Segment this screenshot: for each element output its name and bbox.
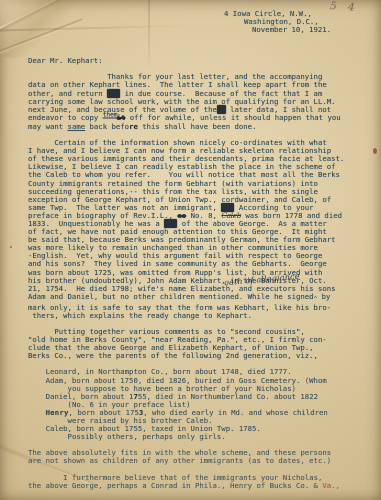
paragraph: Leonard, in Northampton Co., born about …: [28, 368, 367, 441]
text-run: Certain of the information shown nicely …: [28, 138, 344, 212]
text-run-u: same: [68, 122, 86, 131]
text-run: of the above George. As a matter of fact…: [28, 219, 336, 301]
paragraph: The above absolutely fits in with the wh…: [28, 449, 367, 465]
text-run: this shall have been done.: [138, 122, 257, 131]
paper-stain: [10, 246, 12, 248]
paper-stain: [373, 148, 377, 154]
text-run-over: re: [129, 122, 138, 131]
text-run: I furthermore believe that of the immigr…: [28, 473, 322, 490]
letter-content: 4 Iowa Circle, N.W., Washington, D.C., N…: [28, 10, 367, 498]
paragraph: Thanks for your last letter, and the acc…: [28, 73, 367, 131]
text-run-sup: them: [103, 111, 118, 119]
text-run: back: [85, 122, 111, 131]
paragraph: Putting together various comments as to …: [28, 328, 367, 360]
text-run: The above absolutely fits in with the wh…: [28, 448, 331, 465]
paragraph: I furthermore believe that of the immigr…: [28, 474, 367, 490]
letter-page: 5 4 4 Iowa Circle, N.W., Washington, D.C…: [0, 0, 381, 500]
letter-date: November 10, 1921.: [252, 26, 367, 34]
text-run: Putting together various comments as to …: [28, 327, 327, 360]
letter-body: Thanks for your last letter, and the acc…: [28, 73, 367, 489]
text-run: befo: [111, 122, 129, 131]
salutation: Dear Mr. Kephart:: [28, 57, 367, 65]
paragraph: Certain of the information shown nicely …: [28, 139, 367, 320]
text-run-red: Va.,: [322, 481, 340, 490]
